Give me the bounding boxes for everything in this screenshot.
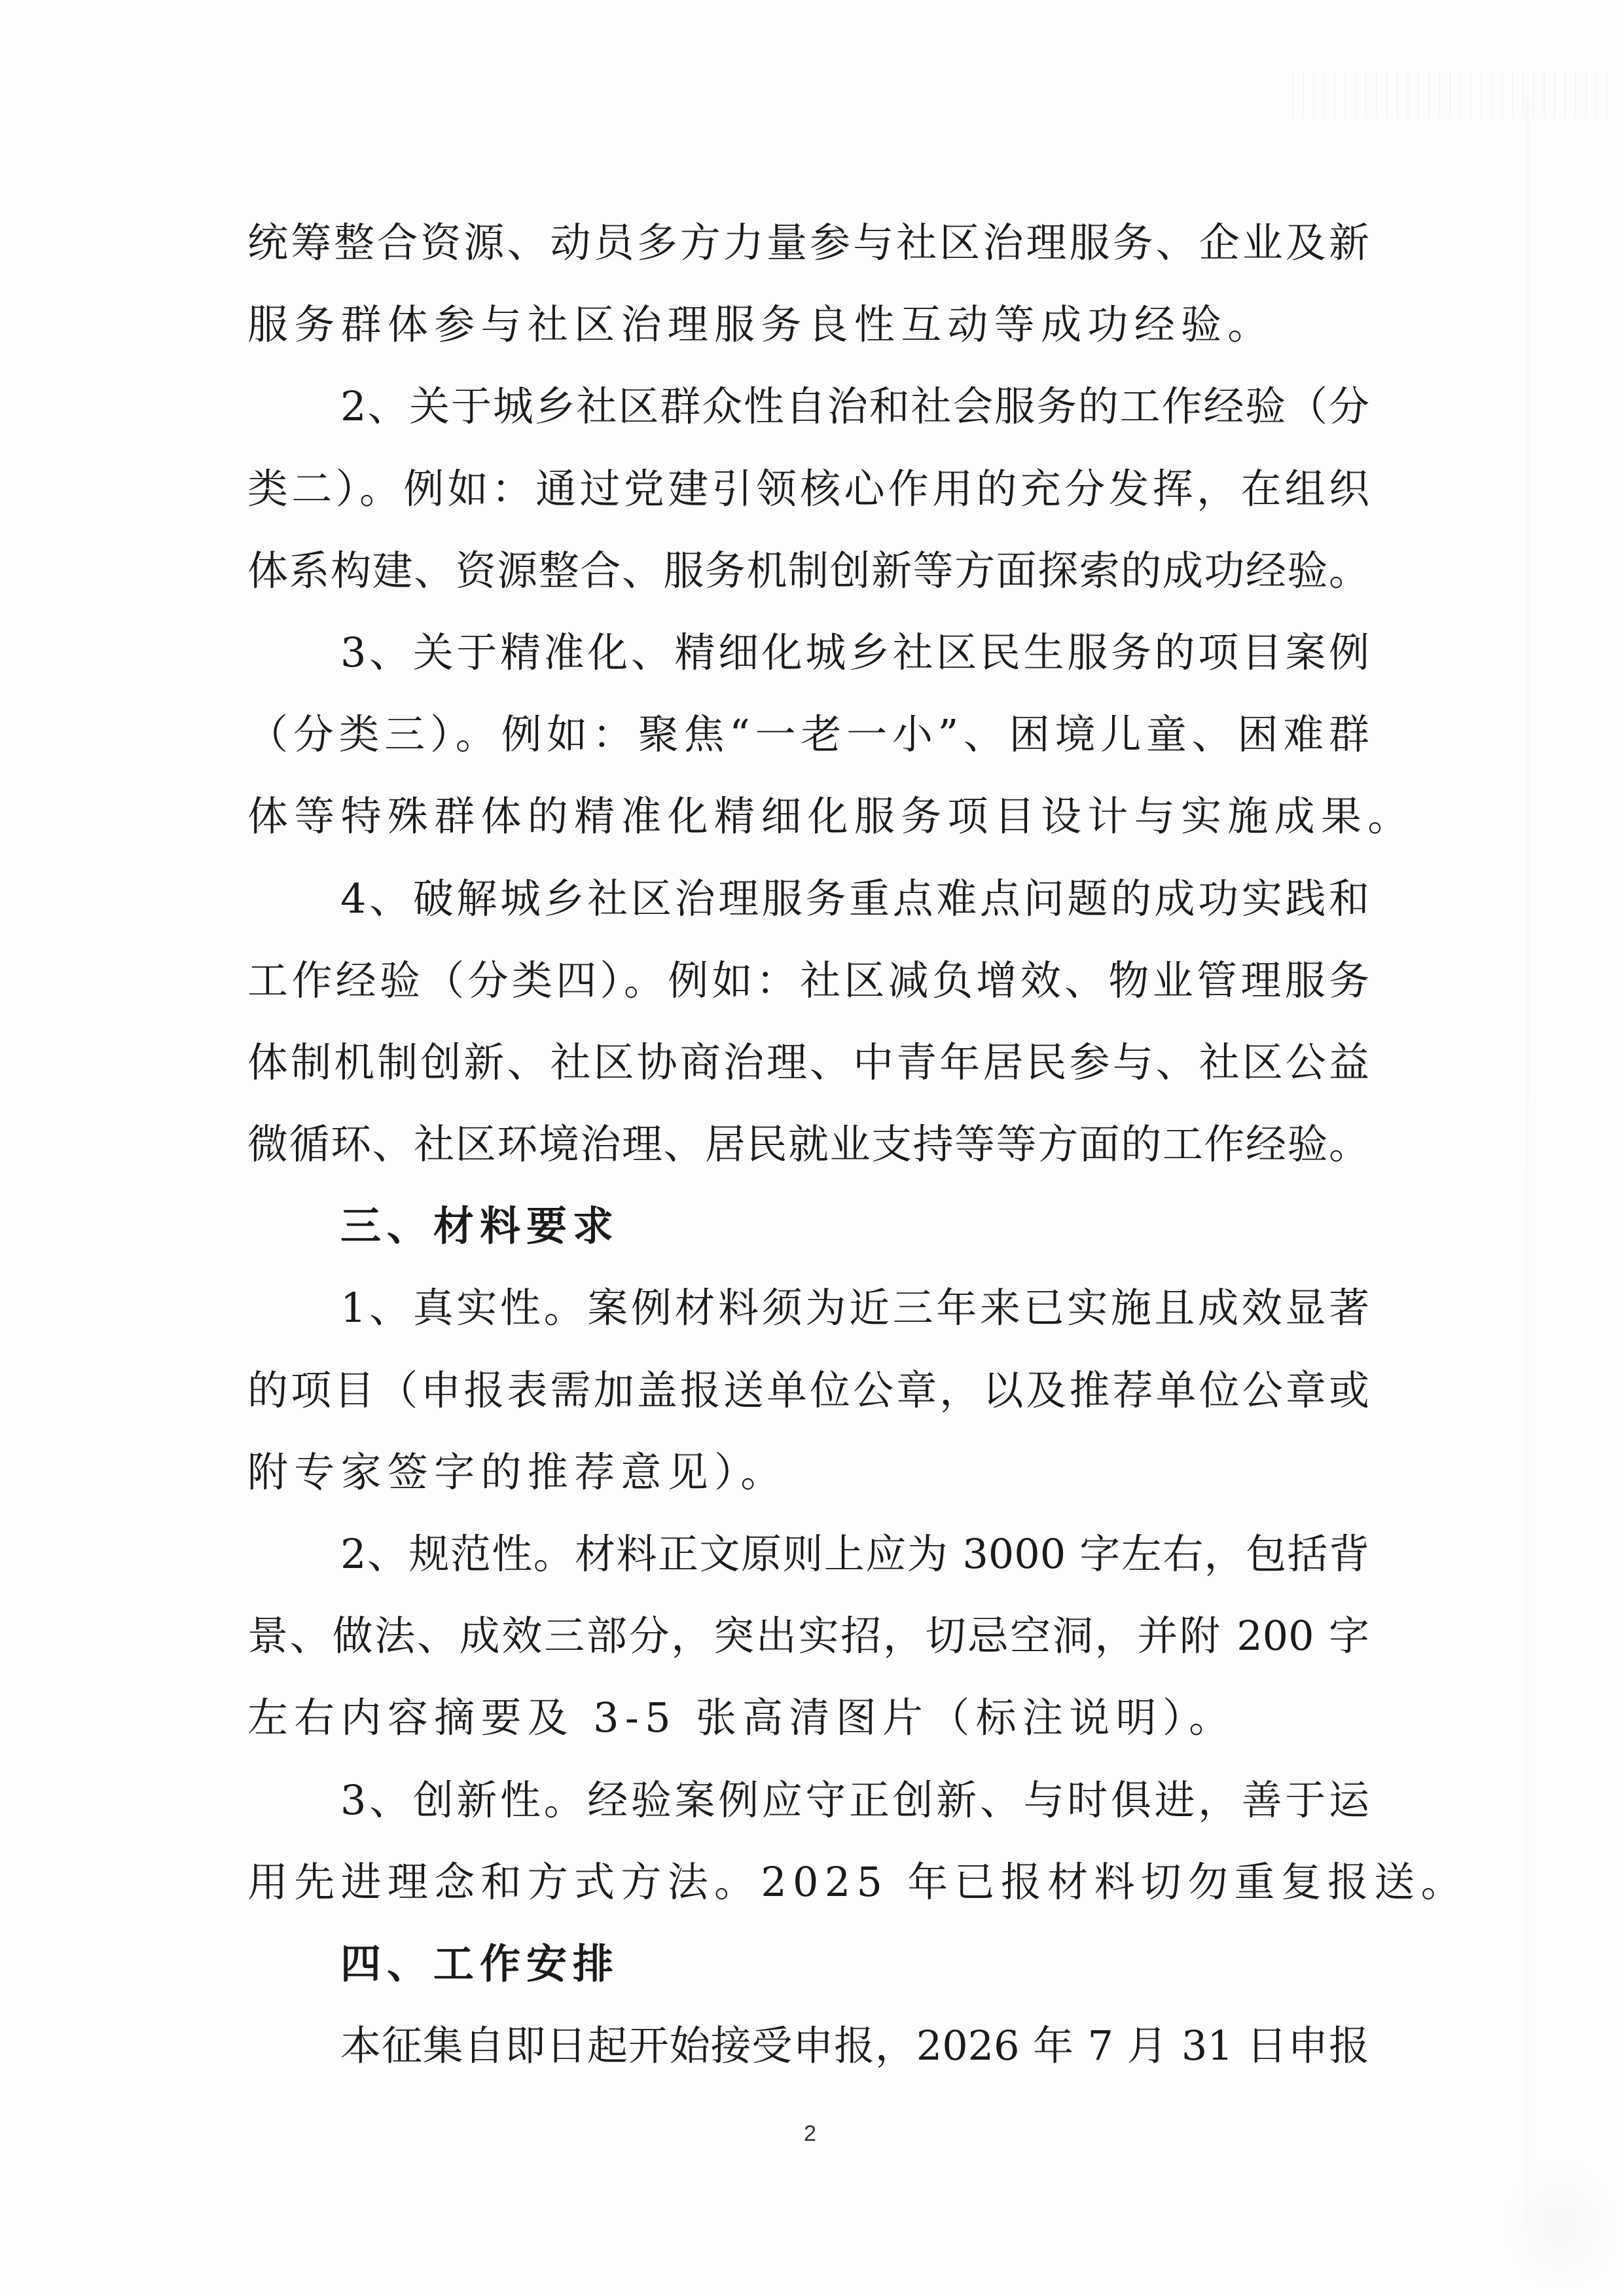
page-number: 2	[804, 2121, 816, 2147]
body-line: 附专家签字的推荐意见）。	[247, 1431, 1369, 1513]
body-line: 用先进理念和方式方法。2025 年已报材料切勿重复报送。	[247, 1841, 1369, 1923]
list-item-innovation: 3、创新性。经验案例应守正创新、与时俱进，善于运	[247, 1759, 1369, 1841]
list-item-authenticity: 1、真实性。案例材料须为近三年来已实施且成效显著	[247, 1267, 1369, 1349]
body-line: 体等特殊群体的精准化精细化服务项目设计与实施成果。	[247, 775, 1369, 857]
scan-artifact-right	[1525, 98, 1529, 2226]
body-line: 左右内容摘要及 3-5 张高清图片（标注说明）。	[247, 1677, 1369, 1758]
scan-artifact-bottom	[1506, 2160, 1617, 2291]
body-line: 体系构建、资源整合、服务机制创新等方面探索的成功经验。	[247, 530, 1369, 611]
list-item-standardization: 2、规范性。材料正文原则上应为 3000 字左右，包括背	[247, 1513, 1369, 1595]
list-item-category-2: 2、关于城乡社区群众性自治和社会服务的工作经验（分	[247, 365, 1369, 447]
section-heading-material-requirements: 三、材料要求	[247, 1185, 1369, 1267]
document-page: 统筹整合资源、动员多方力量参与社区治理服务、企业及新 服务群体参与社区治理服务良…	[0, 0, 1624, 2296]
body-line: 类二）。例如：通过党建引领核心作用的充分发挥，在组织	[247, 448, 1369, 530]
body-line: 微循环、社区环境治理、居民就业支持等等方面的工作经验。	[247, 1103, 1369, 1185]
section-heading-work-arrangement: 四、工作安排	[247, 1923, 1369, 2005]
body-line: 的项目（申报表需加盖报送单位公章，以及推荐单位公章或	[247, 1349, 1369, 1431]
body-line: （分类三）。例如：聚焦“一老一小”、困境儿童、困难群	[247, 693, 1369, 775]
scan-artifact-top	[1283, 72, 1610, 118]
body-line: 服务群体参与社区治理服务良性互动等成功经验。	[247, 283, 1369, 365]
body-line: 体制机制创新、社区协商治理、中青年居民参与、社区公益	[247, 1021, 1369, 1103]
body-line: 统筹整合资源、动员多方力量参与社区治理服务、企业及新	[247, 202, 1369, 283]
list-item-category-4: 4、破解城乡社区治理服务重点难点问题的成功实践和	[247, 858, 1369, 939]
body-line: 工作经验（分类四）。例如：社区减负增效、物业管理服务	[247, 939, 1369, 1021]
list-item-category-3: 3、关于精准化、精细化城乡社区民生服务的项目案例	[247, 611, 1369, 693]
document-body: 统筹整合资源、动员多方力量参与社区治理服务、企业及新 服务群体参与社区治理服务良…	[247, 202, 1369, 2086]
body-line: 景、做法、成效三部分，突出实招，切忌空洞，并附 200 字	[247, 1595, 1369, 1677]
body-line: 本征集自即日起开始接受申报，2026 年 7 月 31 日申报	[247, 2005, 1369, 2086]
